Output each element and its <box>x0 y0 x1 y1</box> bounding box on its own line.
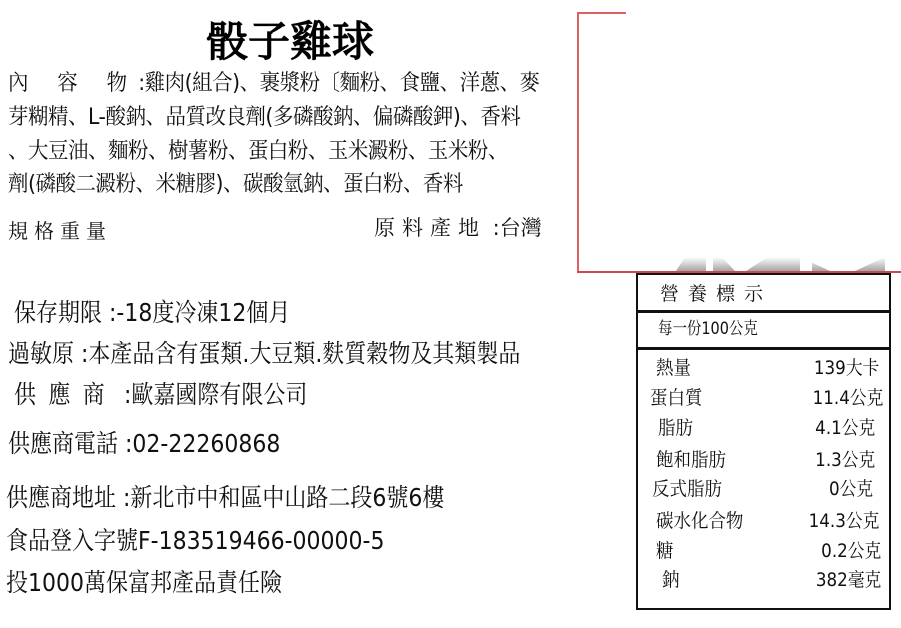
registration-value: F-183519466-00000-5 <box>138 526 384 555</box>
nutrition-row-trans-fat: 反式脂肪 0公克 <box>638 474 889 504</box>
nutrition-label: 糖 <box>656 536 673 566</box>
residue-artifact <box>812 257 842 271</box>
insurance-line: 投1000萬保富邦產品責任險 <box>6 566 282 600</box>
allergen-value: 本產品含有蛋類.大豆類.麩質穀物及其類製品 <box>88 339 520 368</box>
red-frame-top <box>578 12 626 14</box>
shelf-life-sep: : <box>102 298 116 327</box>
phone-line: 供應商電話 :02-22260868 <box>8 427 280 461</box>
allergen-label: 過敏原 <box>8 339 74 368</box>
nutrition-row-protein: 蛋白質 11.4公克 <box>638 383 889 413</box>
nutrition-value: 1.3公克 <box>815 445 875 475</box>
nutrition-label: 熱量 <box>656 353 691 383</box>
phone-value: 02-22260868 <box>132 429 280 458</box>
nutrition-label: 蛋白質 <box>650 383 702 413</box>
nutrition-heading: 營養標示 <box>660 281 772 307</box>
address-sep: : <box>116 483 130 512</box>
nutrition-divider <box>638 347 889 350</box>
residue-artifact <box>855 257 885 271</box>
allergen-sep: : <box>74 339 88 368</box>
allergen-line: 過敏原 :本產品含有蛋類.大豆類.麩質穀物及其類製品 <box>8 337 520 371</box>
registration-line: 食品登入字號F-183519466-00000-5 <box>6 524 384 558</box>
ingredients-line-4: 劑(磷酸二澱粉、米糖膠)、碳酸氫鈉、蛋白粉、香料 <box>8 170 463 200</box>
nutrition-label: 鈉 <box>662 565 679 595</box>
origin-label: 原料產地 <box>374 216 486 240</box>
address-value: 新北市中和區中山路二段6號6樓 <box>130 483 444 512</box>
shelf-life-line: 保存期限 :-18度冷凍12個月 <box>14 296 290 330</box>
residue-artifact <box>713 257 735 271</box>
supplier-sep: : <box>117 380 131 409</box>
nutrition-row-carbohydrate: 碳水化合物 14.3公克 <box>638 506 889 536</box>
nutrition-value: 14.3公克 <box>808 506 879 536</box>
address-label: 供應商地址 <box>6 483 116 512</box>
nutrition-divider <box>638 310 889 313</box>
ingredients-line-1: 內 容 物:雞肉(組合)、裹漿粉〔麵粉、食鹽、洋蔥、麥 <box>8 69 540 99</box>
phone-label: 供應商電話 <box>8 429 118 458</box>
nutrition-value: 4.1公克 <box>815 413 875 443</box>
supplier-value: 歐嘉國際有限公司 <box>131 380 307 409</box>
ingredients-line-3: 、大豆油、麵粉、樹薯粉、蛋白粉、玉米澱粉、玉米粉、 <box>8 137 508 167</box>
phone-sep: : <box>118 429 132 458</box>
spec-weight-label: 規格重量 <box>8 216 112 246</box>
registration-label: 食品登入字號 <box>6 526 138 555</box>
nutrition-row-fat: 脂肪 4.1公克 <box>638 413 889 443</box>
shelf-life-value: -18度冷凍12個月 <box>116 298 290 327</box>
nutrition-label: 脂肪 <box>658 413 693 443</box>
residue-artifact <box>676 257 706 271</box>
origin-line: 原料產地 :台灣 <box>374 213 542 243</box>
nutrition-value: 139大卡 <box>814 353 879 383</box>
nutrition-value: 0公克 <box>829 474 873 504</box>
ingredients-line-2: 芽糊精、L-酸鈉、品質改良劑(多磷酸鈉、偏磷酸鉀)、香料 <box>8 103 520 133</box>
product-title: 骰子雞球 <box>206 18 374 66</box>
nutrition-facts-table: 營養標示 每一份100公克 熱量 139大卡 蛋白質 11.4公克 脂肪 4.1… <box>636 273 891 610</box>
address-line: 供應商地址 :新北市中和區中山路二段6號6樓 <box>6 481 444 515</box>
nutrition-row-saturated-fat: 飽和脂肪 1.3公克 <box>638 445 889 475</box>
shelf-life-label: 保存期限 <box>14 298 102 327</box>
red-frame-left <box>577 12 579 273</box>
nutrition-value: 0.2公克 <box>821 536 881 566</box>
nutrition-label: 反式脂肪 <box>652 474 722 504</box>
nutrition-label: 飽和脂肪 <box>656 445 726 475</box>
supplier-line: 供應商 :歐嘉國際有限公司 <box>14 378 307 412</box>
origin-sep: : <box>486 216 500 240</box>
nutrition-row-calories: 熱量 139大卡 <box>638 353 889 383</box>
residue-artifact <box>746 257 800 271</box>
nutrition-value: 382毫克 <box>816 565 881 595</box>
supplier-label: 供應商 <box>14 380 117 409</box>
ingredients-text: 雞肉(組合)、裹漿粉〔麵粉、食鹽、洋蔥、麥 <box>145 71 540 96</box>
nutrition-row-sodium: 鈉 382毫克 <box>638 565 889 595</box>
nutrition-value: 11.4公克 <box>812 383 883 413</box>
origin-value: 台灣 <box>500 216 542 240</box>
nutrition-serving-size: 每一份100公克 <box>658 316 758 342</box>
ingredients-label: 內 容 物 <box>8 71 138 96</box>
nutrition-row-sugar: 糖 0.2公克 <box>638 536 889 566</box>
nutrition-label: 碳水化合物 <box>656 506 743 536</box>
